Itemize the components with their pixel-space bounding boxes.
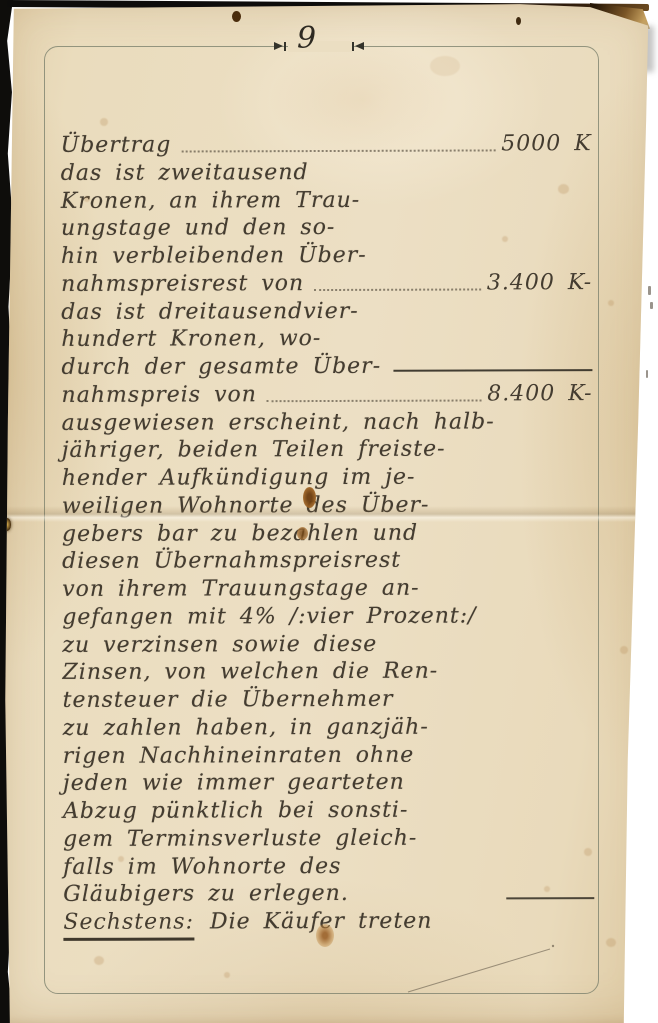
edge-stain: [516, 17, 521, 25]
manuscript-line: gefangen mit 4% /:vier Prozent:/: [62, 602, 593, 632]
line-text: gefangen mit 4% /:vier Prozent:/: [62, 602, 476, 631]
line-text: hundert Kronen, wo-: [61, 325, 321, 354]
line-text: durch der gesamte Über-: [61, 353, 381, 382]
line-text: hin verbleibenden Über-: [61, 242, 367, 271]
fox-spot: [94, 956, 104, 965]
fox-spot: [224, 972, 230, 978]
line-text: ausgewiesen erscheint, nach halb-: [62, 408, 495, 437]
line-text: hender Aufkündigung im je-: [62, 464, 416, 493]
line-text: ungstage und den so-: [61, 214, 336, 243]
fox-spot: [430, 56, 460, 76]
fox-spot: [606, 938, 616, 947]
fox-spot: [558, 184, 569, 194]
line-text: rigen Nachhineinraten ohne: [63, 741, 415, 770]
line-text: tensteuer die Übernehmer: [63, 686, 394, 715]
line-text: Übertrag: [61, 132, 172, 160]
manuscript-line: das ist dreitausendvier-: [61, 297, 592, 327]
manuscript-line: von ihrem Trauungstage an-: [62, 574, 593, 604]
fox-spot: [118, 856, 124, 862]
ink-stain: [303, 487, 316, 508]
manuscript-line: Zinsen, von welchen die Ren-: [62, 657, 593, 687]
manuscript-line: das ist zweitausend: [61, 158, 592, 188]
arrow-left-icon: [355, 42, 364, 50]
manuscript-line: nahmspreis von8.400 K-: [61, 380, 592, 410]
line-text: das ist zweitausend: [61, 159, 309, 188]
rust-stain: [316, 924, 334, 947]
dotted-leader: [267, 399, 481, 402]
fox-spot: [100, 118, 108, 126]
line-text: diesen Übernahmspreisrest: [62, 547, 401, 576]
manuscript-line: hender Aufkündigung im je-: [62, 463, 593, 493]
manuscript-line: ausgewiesen erscheint, nach halb-: [62, 408, 593, 438]
dotted-leader: [181, 149, 495, 152]
fox-spot: [84, 196, 90, 202]
edge-mark: [650, 302, 653, 309]
line-text: von ihrem Trauungstage an-: [62, 575, 419, 604]
manuscript-lines: Übertrag5000 Kdas ist zweitausendKronen,…: [61, 130, 595, 937]
fox-spot: [544, 886, 550, 892]
fox-spot: [620, 646, 628, 654]
line-text: nahmspreis von: [61, 381, 256, 409]
line-text: zu zahlen haben, in ganzjäh-: [63, 713, 429, 742]
line-text: gebers bar zu bezahlen und: [62, 519, 418, 548]
edge-stain: [232, 11, 241, 22]
line-text: nahmspreisrest von: [61, 270, 304, 299]
manuscript-line: gebers bar zu bezahlen und: [62, 519, 593, 549]
line-text: jeden wie immer gearteten: [63, 769, 405, 798]
header-arrow-bar-right: [352, 42, 354, 51]
manuscript-line: Übertrag5000 K: [61, 130, 592, 160]
line-text: zu verzinsen sowie diese: [62, 630, 377, 659]
line-text: Gläubigers zu erlegen.: [63, 880, 349, 909]
manuscript-line: rigen Nachhineinraten ohne: [63, 741, 594, 771]
manuscript-line: jeden wie immer gearteten: [63, 768, 594, 798]
manuscript-line: tensteuer die Übernehmer: [63, 685, 594, 715]
fox-spot: [608, 300, 614, 306]
sum-rule: [393, 369, 592, 372]
manuscript-line: Gläubigers zu erlegen.: [63, 879, 594, 909]
page-number: 9: [297, 22, 345, 56]
amount-value: 8.400 K-: [487, 380, 592, 408]
line-text: gem Terminsverluste gleich-: [63, 824, 417, 853]
amount-value: 5000 K: [501, 130, 592, 158]
manuscript-line: falls im Wohnorte des: [63, 852, 594, 882]
fox-spot: [584, 848, 592, 856]
section-heading: Sechstens:: [63, 908, 194, 940]
fold-crease: [0, 506, 658, 522]
line-text: Abzug pünktlich bei sonsti-: [63, 797, 409, 826]
edge-mark: [648, 286, 651, 295]
manuscript-line: zu verzinsen sowie diese: [62, 630, 593, 660]
fox-spot: [502, 236, 508, 242]
dotted-leader: [314, 288, 481, 291]
manuscript-line: zu zahlen haben, in ganzjäh-: [63, 713, 594, 743]
line-text: Kronen, an ihrem Trau-: [61, 186, 360, 215]
manuscript-line: ungstage und den so-: [61, 213, 592, 243]
manuscript-line: jähriger, beiden Teilen freiste-: [62, 435, 593, 465]
manuscript-line: nahmspreisrest von3.400 K-: [61, 269, 592, 299]
manuscript-line: gem Terminsverluste gleich-: [63, 824, 594, 854]
manuscript-line: durch der gesamte Über-: [61, 352, 592, 382]
scanned-manuscript-page: 9 Übertrag5000 Kdas ist zweitausendKrone…: [0, 0, 658, 1023]
arrow-right-icon: [274, 42, 283, 50]
manuscript-line: hundert Kronen, wo-: [61, 324, 592, 354]
manuscript-line: Kronen, an ihrem Trau-: [61, 186, 592, 216]
line-text: falls im Wohnorte des: [63, 852, 341, 881]
manuscript-line: Abzug pünktlich bei sonsti-: [63, 796, 594, 826]
amount-value: 3.400 K-: [487, 269, 592, 297]
ink-stain: [297, 527, 308, 540]
manuscript-line: diesen Übernahmspreisrest: [62, 546, 593, 576]
paper-sheet: 9 Übertrag5000 Kdas ist zweitausendKrone…: [0, 0, 658, 1023]
closing-dash: [506, 897, 594, 899]
line-text: jähriger, beiden Teilen freiste-: [62, 436, 446, 465]
manuscript-line: hin verbleibenden Über-: [61, 241, 592, 271]
line-text: das ist dreitausendvier-: [61, 297, 359, 326]
header-arrow-bar-left: [284, 42, 286, 51]
line-text: Zinsen, von welchen die Ren-: [62, 658, 438, 687]
edge-mark: [646, 370, 648, 378]
